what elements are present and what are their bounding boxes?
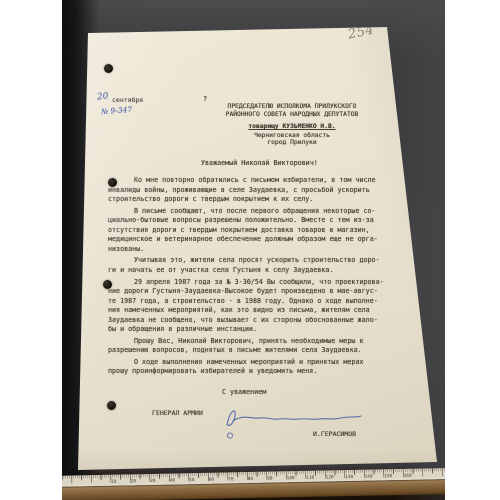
ruler-number: 20 (131, 479, 137, 484)
ruler-number: 80 (248, 477, 254, 482)
ruler-number: 30 (150, 479, 156, 484)
photo-background: 20 сентября ? № 9-347 ПРЕДСЕДАТЕЛЮ ИСПОЛ… (62, 0, 445, 500)
recipient-block: ПРЕДСЕДАТЕЛЮ ИСПОЛКОМА ПРИЛУКСКОГО РАЙОН… (211, 103, 373, 146)
photo-of-document: 20 сентября ? № 9-347 ПРЕДСЕДАТЕЛЮ ИСПОЛ… (0, 0, 500, 500)
ruler-number: 130 (345, 475, 353, 480)
ruler-number: 110 (306, 476, 314, 481)
punch-hole (107, 401, 116, 410)
ruler-number: 100 (287, 476, 295, 481)
ruler-number: 40 (170, 478, 176, 483)
sender-name: И.ГЕРАСИМОВ (313, 430, 356, 438)
paragraph: В письме сообщают, что после первого обр… (108, 207, 396, 255)
paragraph: 29 апреля 1987 года за № 3-30/54 Вы сооб… (108, 278, 396, 335)
handwritten-registration-number: № 9-347 (101, 105, 133, 116)
salutation: Уважаемый Николай Викторович! (201, 159, 318, 167)
ruler-number: 90 (267, 477, 273, 482)
ruler-number: 10 (111, 480, 117, 485)
paragraph: Учитывая это, жители села просят ускорит… (108, 256, 396, 275)
document-paper: 20 сентября ? № 9-347 ПРЕДСЕДАТЕЛЮ ИСПОЛ… (62, 0, 445, 500)
paragraph: Прошу Вас, Николай Викторович, принять н… (108, 337, 396, 356)
recipient-line2: РАЙОННОГО СОВЕТА НАРОДНЫХ ДЕПУТАТОВ (211, 111, 373, 119)
typed-year-mark: ? (203, 95, 207, 103)
paragraph: О ходе выполнения намеченных мероприятий… (108, 358, 396, 377)
handwritten-day: 20 (96, 91, 109, 102)
typed-month: сентября (112, 96, 143, 104)
paragraph: Ко мне повторно обратились с письмом изб… (108, 176, 396, 205)
punch-hole (103, 280, 112, 289)
ruler-number: 120 (326, 475, 334, 480)
recipient-line1: ПРЕДСЕДАТЕЛЮ ИСПОЛКОМА ПРИЛУКСКОГО (211, 103, 373, 111)
letter-body: Ко мне повторно обратились с письмом изб… (108, 176, 396, 379)
ruler-number: 60 (209, 478, 215, 483)
recipient-name: товарищу КУЗЬМЕНКО Н.В. (211, 123, 373, 131)
punch-hole (104, 64, 113, 73)
ruler-number: 160 (404, 474, 412, 479)
ruler-number: 70 (228, 477, 234, 482)
recipient-city: город Прилуки (211, 139, 373, 146)
ruler-number: 150 (384, 474, 392, 479)
recipient-region: Черниговская область (211, 132, 373, 139)
closing-phrase: С уважением (222, 388, 266, 396)
archive-page-number: 254 (347, 22, 376, 42)
punch-hole (108, 178, 117, 187)
sender-rank: ГЕНЕРАЛ АРМИИ (152, 409, 203, 417)
wooden-ruler: 102030405060708090100110120130140150160 (62, 468, 445, 500)
ruler-number: 140 (365, 475, 373, 480)
ruler-number: 50 (189, 478, 195, 483)
